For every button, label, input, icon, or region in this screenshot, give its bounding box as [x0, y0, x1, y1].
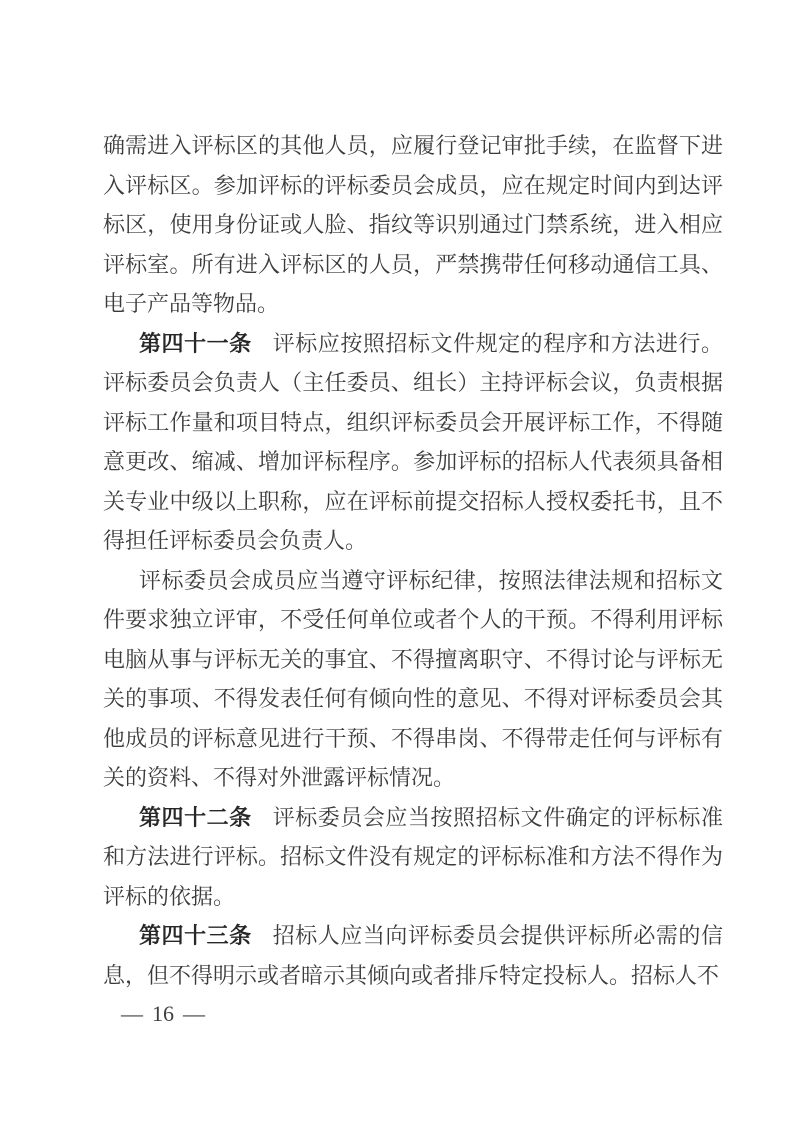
paragraph-text: 评标应按照招标文件规定的程序和方法进行。评标委员会负责人（主任委员、组长）主持评… [103, 331, 723, 554]
footer-left-dash: — [121, 1001, 143, 1026]
paragraph-article-41: 第四十一条评标应按照招标文件规定的程序和方法进行。评标委员会负责人（主任委员、组… [103, 324, 723, 561]
paragraph-article-43: 第四十三条招标人应当向评标委员会提供评标所必需的信息，但不得明示或者暗示其倾向或… [103, 916, 723, 995]
document-page: 确需进入评标区的其他人员，应履行登记审批手续，在监督下进入评标区。参加评标的评标… [0, 0, 793, 1122]
paragraph-para-evaluation-discipline: 评标委员会成员应当遵守评标纪律，按照法律法规和招标文件要求独立评审，不受任何单位… [103, 561, 723, 798]
paragraph-article-42: 第四十二条评标委员会应当按照招标文件确定的评标标准和方法进行评标。招标文件没有规… [103, 798, 723, 917]
page-number: 16 [152, 1001, 174, 1026]
article-number: 第四十二条 [139, 805, 252, 830]
article-number: 第四十一条 [139, 331, 252, 356]
paragraph-text: 确需进入评标区的其他人员，应履行登记审批手续，在监督下进入评标区。参加评标的评标… [103, 133, 723, 316]
paragraph-text: 评标委员会成员应当遵守评标纪律，按照法律法规和招标文件要求独立评审，不受任何单位… [103, 568, 723, 791]
page-footer: —16— [121, 1001, 205, 1027]
document-body: 确需进入评标区的其他人员，应履行登记审批手续，在监督下进入评标区。参加评标的评标… [103, 126, 723, 995]
paragraph-para-entry-control-continued: 确需进入评标区的其他人员，应履行登记审批手续，在监督下进入评标区。参加评标的评标… [103, 126, 723, 324]
article-number: 第四十三条 [139, 923, 252, 948]
footer-right-dash: — [183, 1001, 205, 1026]
